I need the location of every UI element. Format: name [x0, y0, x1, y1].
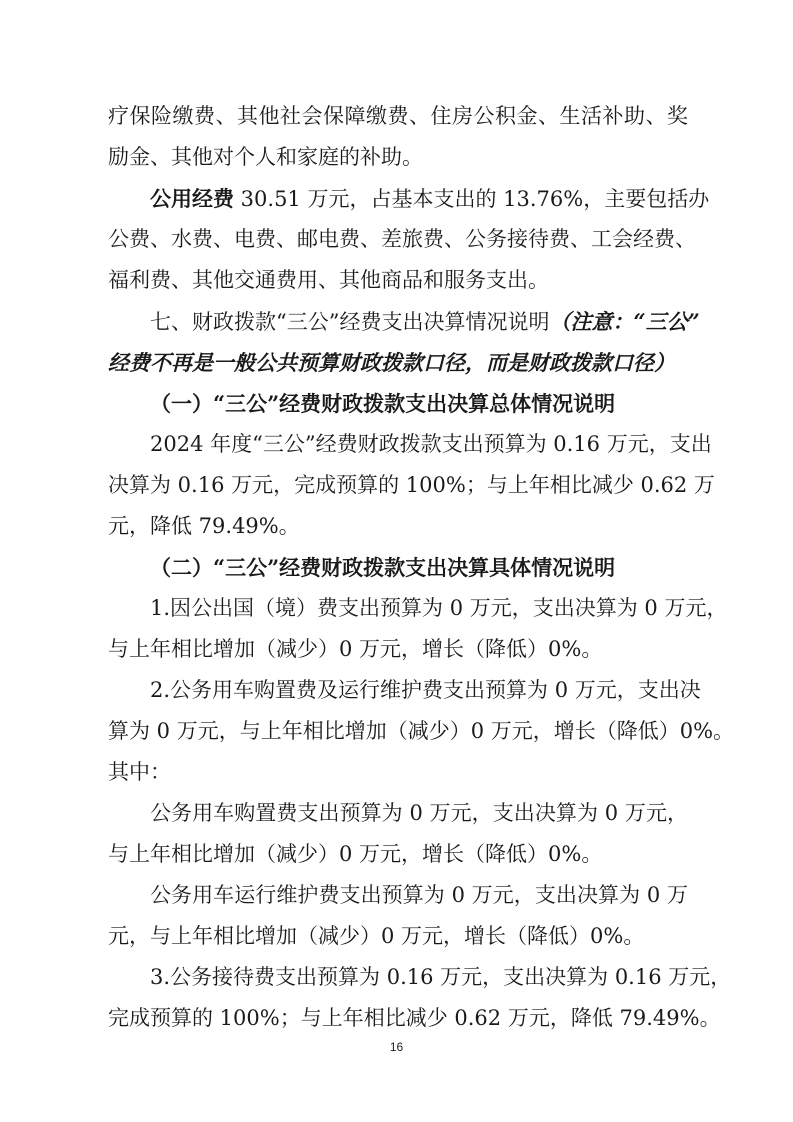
subsection-heading-one: （一）“三公”经费财政拨款支出决算总体情况说明	[108, 383, 688, 424]
text-line: 公费、水费、电费、邮电费、差旅费、公务接待费、工会经费、	[108, 219, 688, 260]
document-page: 疗保险缴费、其他社会保障缴费、住房公积金、生活补助、奖 励金、其他对个人和家庭的…	[108, 96, 688, 1039]
section-heading-seven: 七、财政拨款“三公”经费支出决算情况说明（注意：“三公”	[108, 301, 688, 342]
text-line: 算为 0 万元，与上年相比增加（减少）0 万元，增长（降低）0%。	[108, 711, 688, 752]
section-note-continued: 经费不再是一般公共预算财政拨款口径，而是财政拨款口径）	[108, 342, 688, 383]
text-line: 与上年相比增加（减少）0 万元，增长（降低）0%。	[108, 834, 688, 875]
text-line: 疗保险缴费、其他社会保障缴费、住房公积金、生活补助、奖	[108, 96, 688, 137]
text-line: 福利费、其他交通费用、其他商品和服务支出。	[108, 260, 688, 301]
text-line: 2024 年度“三公”经费财政拨款支出预算为 0.16 万元，支出	[108, 424, 688, 465]
text-span: 30.51 万元，占基本支出的 13.76%，主要包括办	[234, 187, 709, 211]
page-number: 16	[0, 1040, 793, 1054]
text-line: 3.公务接待费支出预算为 0.16 万元，支出决算为 0.16 万元，	[108, 957, 688, 998]
section-title: 七、财政拨款“三公”经费支出决算情况说明	[150, 310, 549, 334]
subsection-heading-two: （二）“三公”经费财政拨款支出决算具体情况说明	[108, 547, 688, 588]
text-line: 其中：	[108, 752, 688, 793]
text-line: 决算为 0.16 万元，完成预算的 100%；与上年相比减少 0.62 万	[108, 465, 688, 506]
section-note: （注意：“三公”	[549, 309, 699, 334]
text-line: 元，与上年相比增加（减少）0 万元，增长（降低）0%。	[108, 916, 688, 957]
paragraph-public-expenses: 公用经费 30.51 万元，占基本支出的 13.76%，主要包括办	[108, 178, 688, 219]
text-line: 公务用车购置费支出预算为 0 万元，支出决算为 0 万元，	[108, 793, 688, 834]
text-line: 1.因公出国（境）费支出预算为 0 万元，支出决算为 0 万元，	[108, 588, 688, 629]
text-line: 与上年相比增加（减少）0 万元，增长（降低）0%。	[108, 629, 688, 670]
text-line: 公务用车运行维护费支出预算为 0 万元，支出决算为 0 万	[108, 875, 688, 916]
text-line: 元，降低 79.49%。	[108, 506, 688, 547]
bold-term: 公用经费	[150, 186, 234, 211]
text-line: 2.公务用车购置费及运行维护费支出预算为 0 万元，支出决	[108, 670, 688, 711]
text-line: 完成预算的 100%；与上年相比减少 0.62 万元，降低 79.49%。	[108, 998, 688, 1039]
text-line: 励金、其他对个人和家庭的补助。	[108, 137, 688, 178]
